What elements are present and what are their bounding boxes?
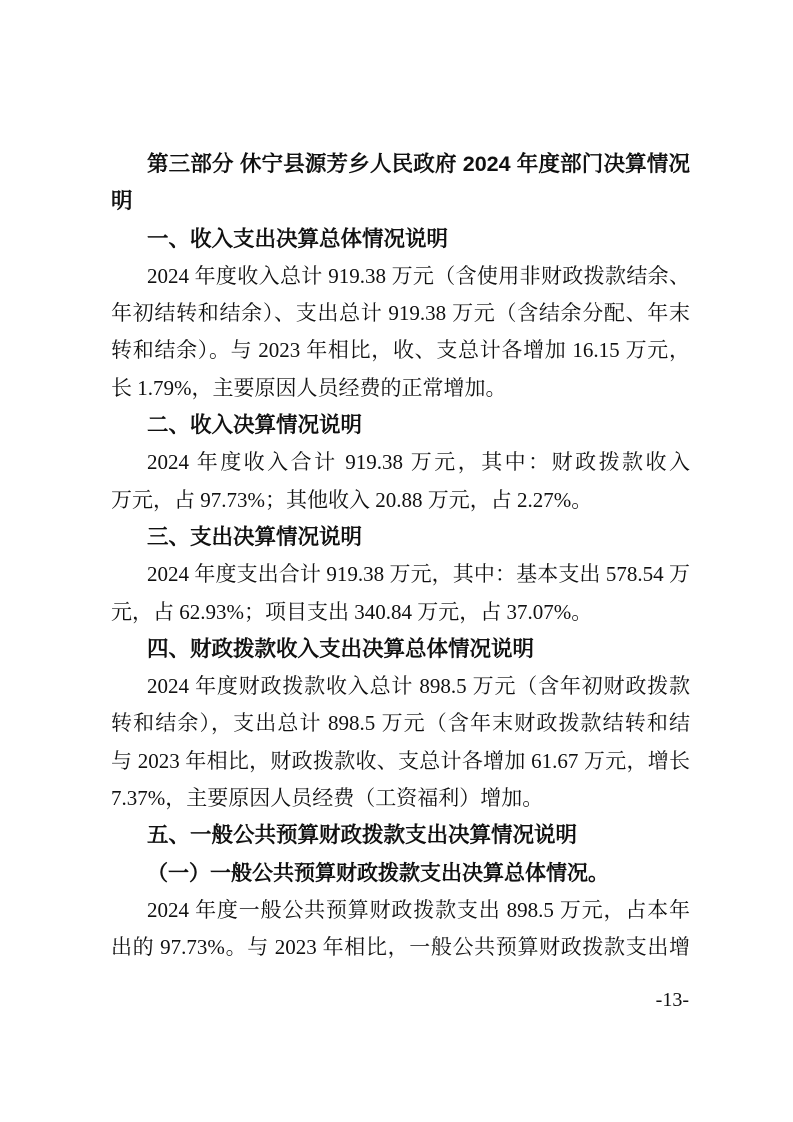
part-title-line-1: 第三部分 休宁县源芳乡人民政府 2024 年度部门决算情况说 [111, 146, 690, 183]
document-page: 第三部分 休宁县源芳乡人民政府 2024 年度部门决算情况说 明 一、收入支出决… [0, 0, 793, 1122]
heading-section-5-sub-1: （一）一般公共预算财政拨款支出决算总体情况。 [111, 855, 690, 892]
section-3-para-line-2: 元，占 62.93%；项目支出 340.84 万元，占 37.07%。 [111, 594, 690, 631]
section-2-para-line-1: 2024 年度收入合计 919.38 万元，其中：财政拨款收入 898.5 [111, 444, 690, 481]
section-4-para-line-2: 转和结余），支出总计 898.5 万元（含年末财政拨款结转和结余）。 [111, 705, 690, 742]
heading-section-2: 二、收入决算情况说明 [111, 407, 690, 444]
section-1-para-line-3: 转和结余）。与 2023 年相比，收、支总计各增加 16.15 万元，增 [111, 332, 690, 369]
section-3-para-line-1: 2024 年度支出合计 919.38 万元，其中：基本支出 578.54 万 [111, 556, 690, 593]
part-title-line-2: 明 [111, 183, 690, 220]
section-1-para-line-4: 长 1.79%，主要原因人员经费的正常增加。 [111, 370, 690, 407]
section-4-para-line-3: 与 2023 年相比，财政拨款收、支总计各增加 61.67 万元，增长 [111, 743, 690, 780]
heading-section-3: 三、支出决算情况说明 [111, 519, 690, 556]
heading-section-5: 五、一般公共预算财政拨款支出决算情况说明 [111, 817, 690, 854]
page-number: -13- [656, 988, 689, 1012]
section-1-para-line-1: 2024 年度收入总计 919.38 万元（含使用非财政拨款结余、 [111, 258, 690, 295]
section-1-para-line-2: 年初结转和结余）、支出总计 919.38 万元（含结余分配、年末结 [111, 295, 690, 332]
section-5-para-line-1: 2024 年度一般公共预算财政拨款支出 898.5 万元，占本年支 [111, 892, 690, 929]
heading-section-4: 四、财政拨款收入支出决算总体情况说明 [111, 631, 690, 668]
section-4-para-line-1: 2024 年度财政拨款收入总计 898.5 万元（含年初财政拨款结 [111, 668, 690, 705]
heading-section-1: 一、收入支出决算总体情况说明 [111, 221, 690, 258]
document-body: 第三部分 休宁县源芳乡人民政府 2024 年度部门决算情况说 明 一、收入支出决… [111, 146, 690, 967]
section-4-para-line-4: 7.37%，主要原因人员经费（工资福利）增加。 [111, 780, 690, 817]
section-5-para-line-2: 出的 97.73%。与 2023 年相比，一般公共预算财政拨款支出增加 [111, 929, 690, 966]
section-2-para-line-2: 万元，占 97.73%；其他收入 20.88 万元，占 2.27%。 [111, 482, 690, 519]
